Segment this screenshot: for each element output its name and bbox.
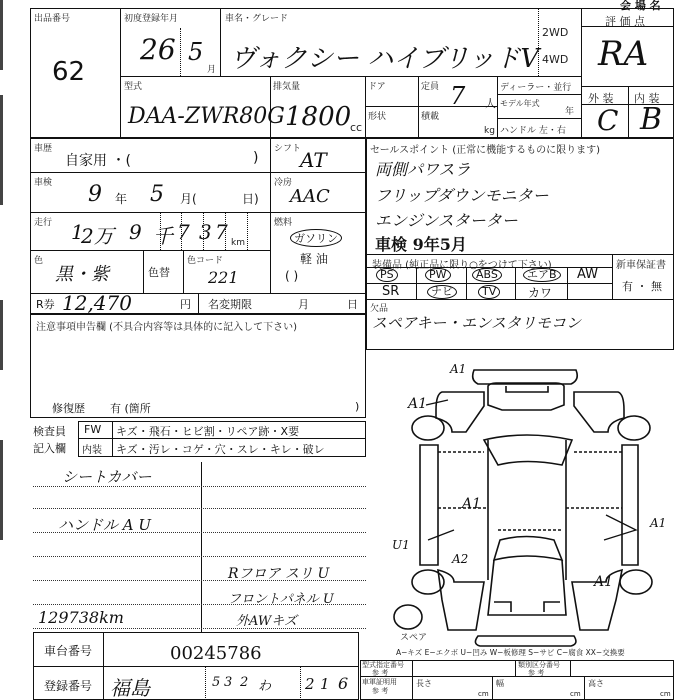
score-label: 評 価 点 xyxy=(605,13,645,29)
height-unit: cm xyxy=(660,690,671,698)
inspector-label-2: 記入欄 xyxy=(33,440,66,456)
mileage-unit: km xyxy=(231,238,245,248)
fw-items[interactable]: キズ・飛石・ヒビ割・リペア跡・X要 xyxy=(116,423,299,439)
recycle-value: 12,470 xyxy=(62,291,132,315)
inspector-note-left: ハンドル A U xyxy=(58,514,151,535)
damage-mark-left-rear-wheel: A2 xyxy=(452,552,468,566)
ac-value: AAC xyxy=(290,186,330,207)
equip-tv[interactable]: TV xyxy=(478,285,500,299)
sales-point-line: 車検 9年5月 xyxy=(375,232,467,255)
mileage-digit: 2万 xyxy=(81,220,114,249)
exterior-grade: C xyxy=(597,104,618,137)
inspection-label: 車検 xyxy=(34,175,52,188)
repair-history-value[interactable]: 有 (箇所 xyxy=(110,400,151,416)
name-change-label: 名変期限 xyxy=(208,296,252,312)
drive-4wd[interactable]: 4WD xyxy=(542,53,568,66)
handle-label[interactable]: ハンドル 左・右 xyxy=(500,123,566,136)
month-unit: 月 xyxy=(207,62,216,75)
capacity-unit: 人 xyxy=(485,95,496,111)
mileage-digit: 千 xyxy=(153,220,173,249)
damage-mark-right-rear-quarter: A1 xyxy=(594,574,613,590)
equip-aw[interactable]: AW xyxy=(577,267,598,282)
mileage-digit: 7 xyxy=(177,220,190,244)
displacement-label: 排気量 xyxy=(273,79,300,92)
shift-value: AT xyxy=(300,148,327,172)
displacement-unit: cc xyxy=(350,121,362,134)
recycle-unit: 円 xyxy=(180,296,191,312)
notes-label: 注意事項申告欄 (不具合内容等は具体的に記入して下さい) xyxy=(36,318,297,333)
load-label: 積載 xyxy=(421,109,439,122)
name-change-day: 日 xyxy=(347,296,358,312)
color-value: 黒・紫 xyxy=(55,260,109,286)
equip-ps[interactable]: PS xyxy=(376,268,398,282)
fuel-gasoline[interactable]: ガソリン xyxy=(290,229,342,247)
inspection-year-unit: 年 xyxy=(115,190,127,207)
recycle-label: R券 xyxy=(36,296,55,312)
fuel-other: ( ) xyxy=(285,269,298,283)
car-name-label: 車名・グレード xyxy=(225,11,288,24)
equip-pw[interactable]: PW xyxy=(425,268,451,282)
sales-point-line: 両側パワスラ xyxy=(375,157,471,180)
equipment-label: 装備品 (純正品に限り○をつけて下さい) xyxy=(372,256,552,271)
displacement: 1800 xyxy=(285,102,351,132)
lot-label: 出品番号 xyxy=(34,11,70,24)
length-label: 長さ xyxy=(416,678,432,689)
model-year-label: モデル年式 xyxy=(500,98,540,109)
reg-class: 5 xyxy=(212,675,220,690)
damage-mark-left-rear-door: U1 xyxy=(392,538,410,552)
reg-number: 1 xyxy=(320,675,330,693)
reg-label: 登録番号 xyxy=(44,677,92,694)
name-change-month: 月 xyxy=(298,296,309,312)
car-damage-diagram xyxy=(366,350,700,650)
color-code: 221 xyxy=(208,268,239,287)
mileage-grid: 1 2万 9 千 7 3 7 km xyxy=(65,212,255,250)
scan-edge xyxy=(0,440,3,540)
cert-sub: 参 考 xyxy=(372,686,388,696)
spec-frame xyxy=(360,660,674,700)
fuel-label: 燃料 xyxy=(274,215,292,228)
capacity-label: 定員 xyxy=(421,79,439,92)
chassis-value: 00245786 xyxy=(170,643,262,664)
fuel-diesel[interactable]: 軽 油 xyxy=(300,250,328,267)
length-unit: cm xyxy=(478,690,489,698)
reg-number: 2 xyxy=(305,675,315,693)
inspector-label-1: 検査員 xyxy=(33,423,66,439)
equip-abs[interactable]: ABS xyxy=(472,268,502,282)
mileage-digit: 3 xyxy=(199,220,212,244)
first-reg-label: 初度登録年月 xyxy=(124,11,178,24)
damage-mark-left-front-door: A1 xyxy=(462,496,481,512)
model-label: 型式 xyxy=(124,79,142,92)
scan-edge xyxy=(0,300,3,370)
interior-inspect-label: 内装 xyxy=(82,441,102,456)
category-sub: 参 考 xyxy=(528,668,544,678)
doors-label: ドア xyxy=(368,79,386,92)
equip-airbag[interactable]: エアB xyxy=(523,268,561,282)
missing-items-value: スペアキー・エンスタリモコン xyxy=(372,312,581,333)
equip-leather[interactable]: カワ xyxy=(528,284,552,301)
mileage-digit: 9 xyxy=(129,220,142,244)
color-code-label: 色コード xyxy=(187,253,223,266)
inspector-note-right: Rフロア スリ U xyxy=(228,563,329,583)
inspector-note-left: シートカバー xyxy=(62,466,152,487)
model-code: DAA-ZWR80G xyxy=(128,104,285,129)
scan-edge xyxy=(0,0,3,70)
mileage-label: 走行 xyxy=(34,215,52,228)
inspection-year: 9 xyxy=(88,182,102,207)
repair-close: ) xyxy=(355,400,359,413)
shape-label: 形状 xyxy=(368,109,386,122)
interior-grade: B xyxy=(640,102,662,137)
damage-mark-front-left-fender: A1 xyxy=(408,396,427,412)
history-value: 自家用 ・( xyxy=(65,150,131,170)
sales-points-label: セールスポイント (正常に機能するものに限ります) xyxy=(370,141,600,156)
shift-label: シフト xyxy=(274,141,301,154)
first-reg-month: 5 xyxy=(188,38,203,66)
inspection-month: 5 xyxy=(150,182,164,207)
score: RA xyxy=(598,34,648,74)
reg-number: 6 xyxy=(338,674,348,693)
car-name: ヴォクシー ハイブリッドV xyxy=(230,38,539,75)
warranty-label: 新車保証書 xyxy=(616,256,666,271)
interior-items[interactable]: キズ・汚レ・コゲ・穴・スレ・キレ・破レ xyxy=(116,441,325,457)
first-reg-year: 26 xyxy=(140,33,176,66)
width-unit: cm xyxy=(570,690,581,698)
equip-navi[interactable]: ナビ xyxy=(427,285,457,299)
color-label: 色 xyxy=(34,253,43,266)
inspector-note-right: 外AWキズ xyxy=(236,610,297,629)
load-unit: kg xyxy=(484,126,495,136)
equip-sr[interactable]: SR xyxy=(382,284,399,299)
reg-place: 福島 xyxy=(110,672,150,700)
inspector-note-right: フロントパネル U xyxy=(228,588,334,607)
warranty-value[interactable]: 有 ・ 無 xyxy=(622,278,662,294)
history-label: 車歴 xyxy=(34,141,52,154)
scan-edge xyxy=(0,95,3,205)
repair-history-label: 修復歴 xyxy=(52,400,85,416)
dealer-label[interactable]: ディーラー・並行 xyxy=(500,80,571,93)
year-unit: 年 xyxy=(565,104,574,117)
chassis-label: 車台番号 xyxy=(44,642,92,659)
history-close: ) xyxy=(253,150,258,166)
inspection-month-unit: 月( xyxy=(180,190,197,207)
reg-class: 2 xyxy=(240,675,248,690)
damage-legend: A−キズ E−エクボ U−凹み W−板修理 S−サビ C−腐食 XX−交換要 xyxy=(396,647,625,658)
damage-mark-front-bumper: A1 xyxy=(450,362,466,376)
inspection-day-unit: 日) xyxy=(242,190,259,207)
sales-point-line: エンジンスターター xyxy=(375,208,518,231)
lot-number: 62 xyxy=(52,57,85,87)
height-label: 高さ xyxy=(588,678,604,689)
sales-point-line: フリップダウンモニター xyxy=(375,183,549,206)
reg-class: 3 xyxy=(224,675,232,690)
width-label: 幅 xyxy=(496,678,504,689)
spare-label: スペア xyxy=(400,630,427,643)
inspector-note-left: 129738km xyxy=(38,608,124,627)
drive-2wd[interactable]: 2WD xyxy=(542,26,568,39)
damage-mark-right-rear-door: A1 xyxy=(650,516,666,530)
color-change-label: 色替 xyxy=(148,264,170,280)
fw-label: FW xyxy=(84,423,101,436)
reg-class: わ xyxy=(258,675,271,694)
